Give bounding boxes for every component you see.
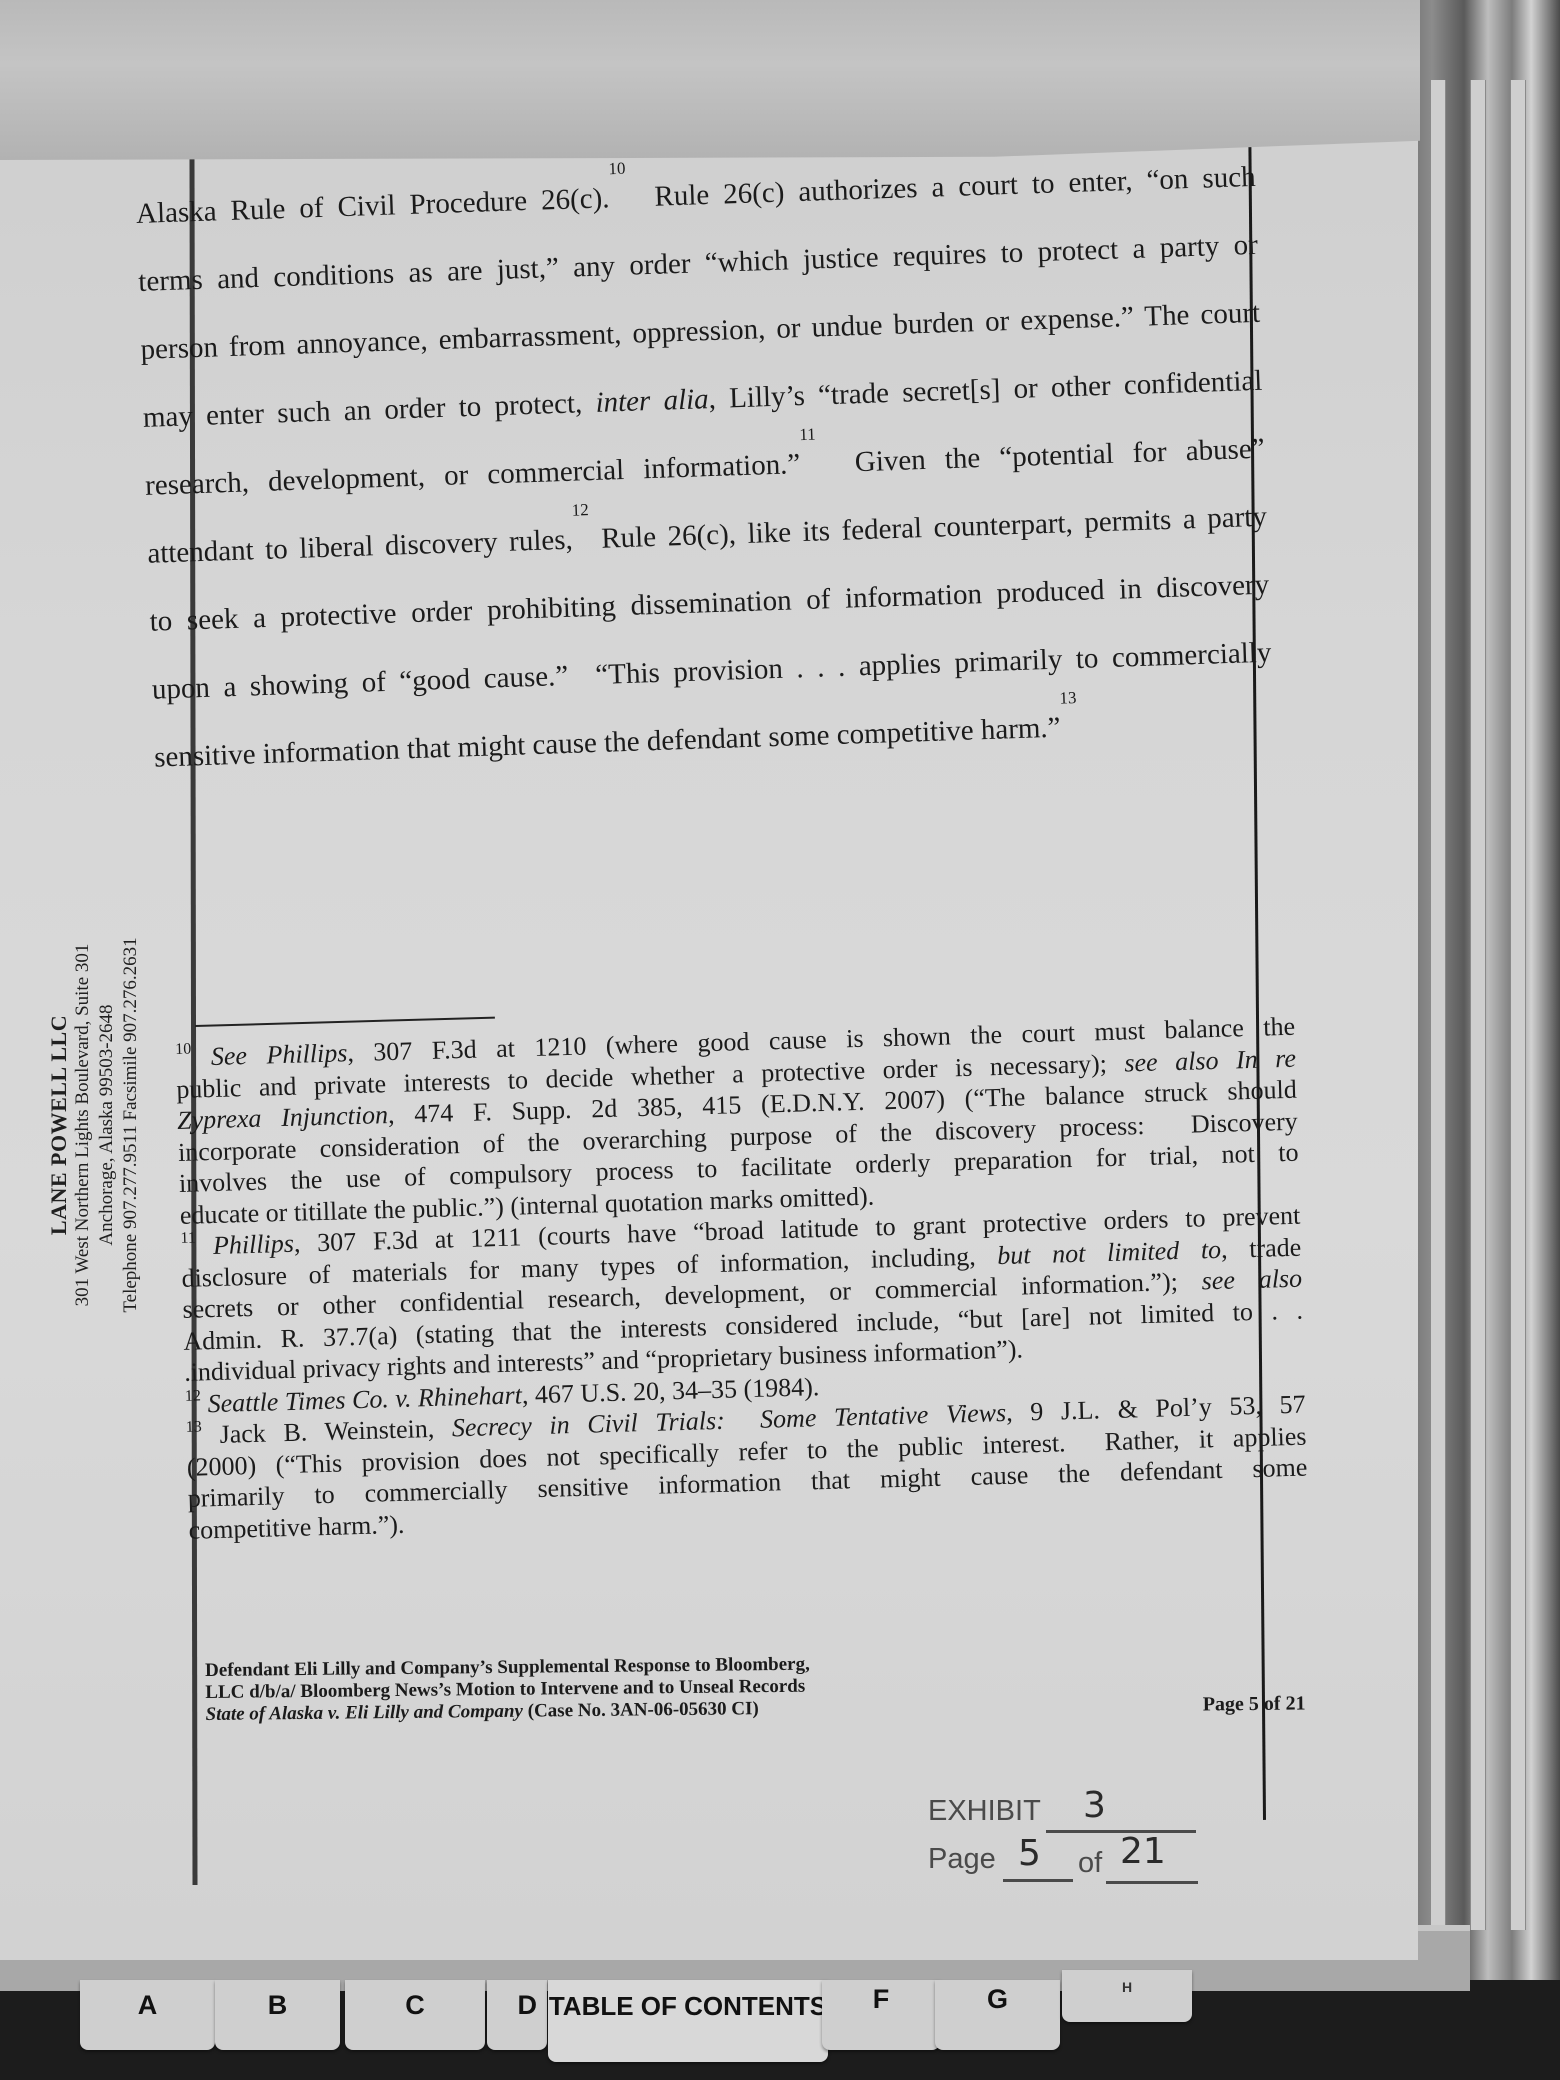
stack-sheet — [1430, 80, 1446, 1930]
document-footer: Defendant Eli Lilly and Company’s Supple… — [205, 1648, 1306, 1726]
tab-f[interactable]: F — [822, 1980, 940, 2050]
stack-sheet — [1510, 80, 1526, 1930]
exhibit-page-number: 5 — [1018, 1833, 1041, 1874]
firm-address-line2: Anchorage, Alaska 99503-2648 — [95, 890, 119, 1360]
paper-stack-edge — [1400, 0, 1560, 1980]
exhibit-page-label: Page — [928, 1843, 996, 1875]
tab-table-of-contents[interactable]: TABLE OF CONTENTS — [548, 1980, 828, 2062]
firm-letterhead: LANE POWELL LLC 301 West Northern Lights… — [40, 890, 150, 1360]
tab-g[interactable]: G — [935, 1980, 1060, 2050]
exhibit-label: EXHIBIT — [928, 1795, 1041, 1827]
tab-a[interactable]: A — [80, 1980, 215, 2050]
exhibit-stamp: EXHIBIT 3 Page 5 of 21 — [928, 1795, 1208, 1891]
body-paragraph: Alaska Rule of Civil Procedure 26(c).10 … — [135, 143, 1275, 792]
tab-d[interactable]: D — [487, 1980, 547, 2050]
tab-b[interactable]: B — [215, 1980, 340, 2050]
stack-sheet — [1470, 80, 1486, 1930]
exhibit-of-label: of — [1078, 1847, 1102, 1880]
tab-h[interactable]: H — [1062, 1970, 1192, 2022]
footer-case-number: (Case No. 3AN-06-05630 CI) — [523, 1698, 759, 1721]
page-number: Page 5 of 21 — [1203, 1692, 1306, 1715]
tab-c[interactable]: C — [345, 1980, 485, 2050]
footer-case-name: State of Alaska v. Eli Lilly and Company — [205, 1701, 523, 1725]
exhibit-number: 3 — [1083, 1785, 1106, 1826]
firm-address-line1: 301 West Northern Lights Boulevard, Suit… — [71, 890, 95, 1360]
exhibit-page-underline — [1003, 1879, 1073, 1882]
exhibit-page-row: Page 5 of 21 — [928, 1843, 1208, 1891]
previous-page-curl — [0, 0, 1420, 160]
footnotes: 10 See Phillips, 307 F.3d at 1210 (where… — [175, 1011, 1309, 1546]
exhibit-row: EXHIBIT 3 — [928, 1795, 1208, 1843]
firm-phone-fax: Telephone 907.277.9511 Facsimile 907.276… — [119, 890, 143, 1360]
exhibit-page-total: 21 — [1120, 1831, 1166, 1872]
firm-name: LANE POWELL LLC — [47, 890, 71, 1360]
index-tabs: A B C D TABLE OF CONTENTS F G H — [0, 1960, 1560, 2080]
exhibit-total-underline — [1106, 1881, 1198, 1884]
